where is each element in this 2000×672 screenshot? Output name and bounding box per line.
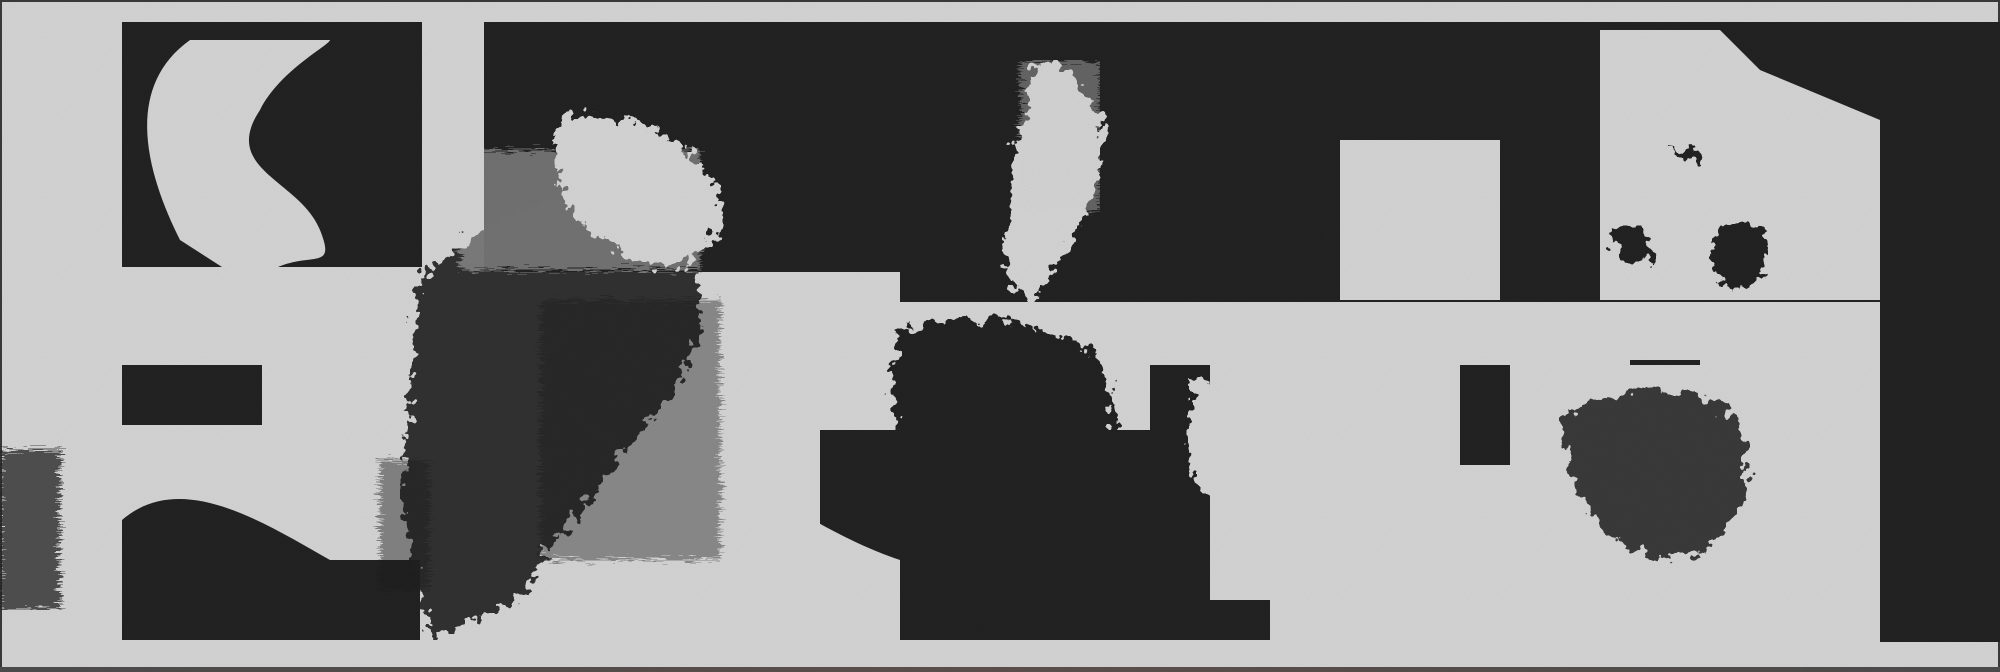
collage-poster bbox=[0, 0, 2000, 672]
bottom-edge bbox=[0, 667, 2000, 672]
collage-artwork bbox=[0, 0, 2000, 672]
